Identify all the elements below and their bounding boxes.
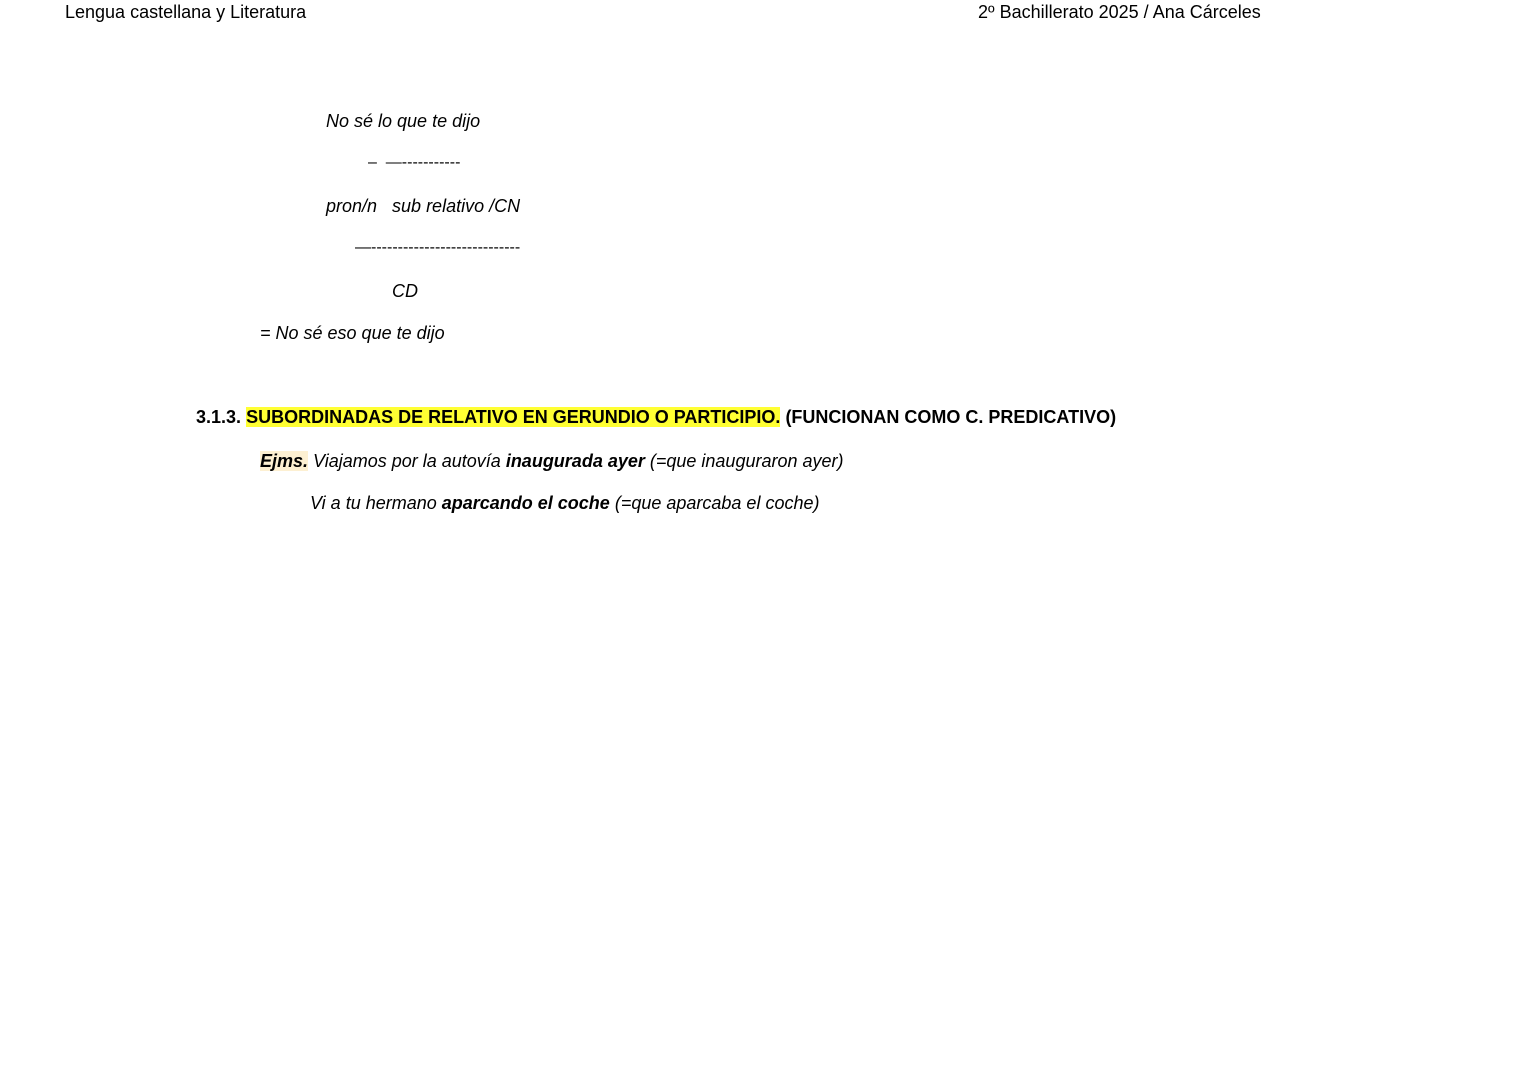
section-title-highlighted: SUBORDINADAS DE RELATIVO EN GERUNDIO O P… (246, 407, 780, 427)
diagram-equivalence: = No sé eso que te dijo (260, 323, 445, 343)
section-number: 3.1.3. (196, 407, 241, 427)
example-2-bold: aparcando el coche (442, 493, 610, 513)
diagram-labels: pron/n sub relativo /CN (326, 196, 520, 216)
section-title-rest: (FUNCIONAN COMO C. PREDICATIVO) (780, 407, 1116, 427)
example-2: Vi a tu hermano aparcando el coche (=que… (310, 493, 819, 513)
example-1-pre: Viajamos por la autovía (308, 451, 506, 471)
examples-label: Ejms. (260, 451, 308, 471)
example-1: Ejms. Viajamos por la autovía inaugurada… (260, 451, 844, 471)
header-left: Lengua castellana y Literatura (65, 2, 306, 23)
example-2-pre: Vi a tu hermano (310, 493, 442, 513)
header-right: 2º Bachillerato 2025 / Ana Cárceles (978, 2, 1261, 23)
diagram-marks-1: – —----------- (368, 153, 460, 173)
example-1-bold: inaugurada ayer (506, 451, 645, 471)
example-2-post: (=que aparcaba el coche) (610, 493, 820, 513)
diagram-function: CD (392, 281, 418, 301)
example-1-post: (=que inauguraron ayer) (645, 451, 844, 471)
section-heading: 3.1.3. SUBORDINADAS DE RELATIVO EN GERUN… (196, 407, 1116, 427)
diagram-marks-2: —---------------------------- (355, 238, 520, 258)
diagram-sentence: No sé lo que te dijo (326, 111, 480, 131)
